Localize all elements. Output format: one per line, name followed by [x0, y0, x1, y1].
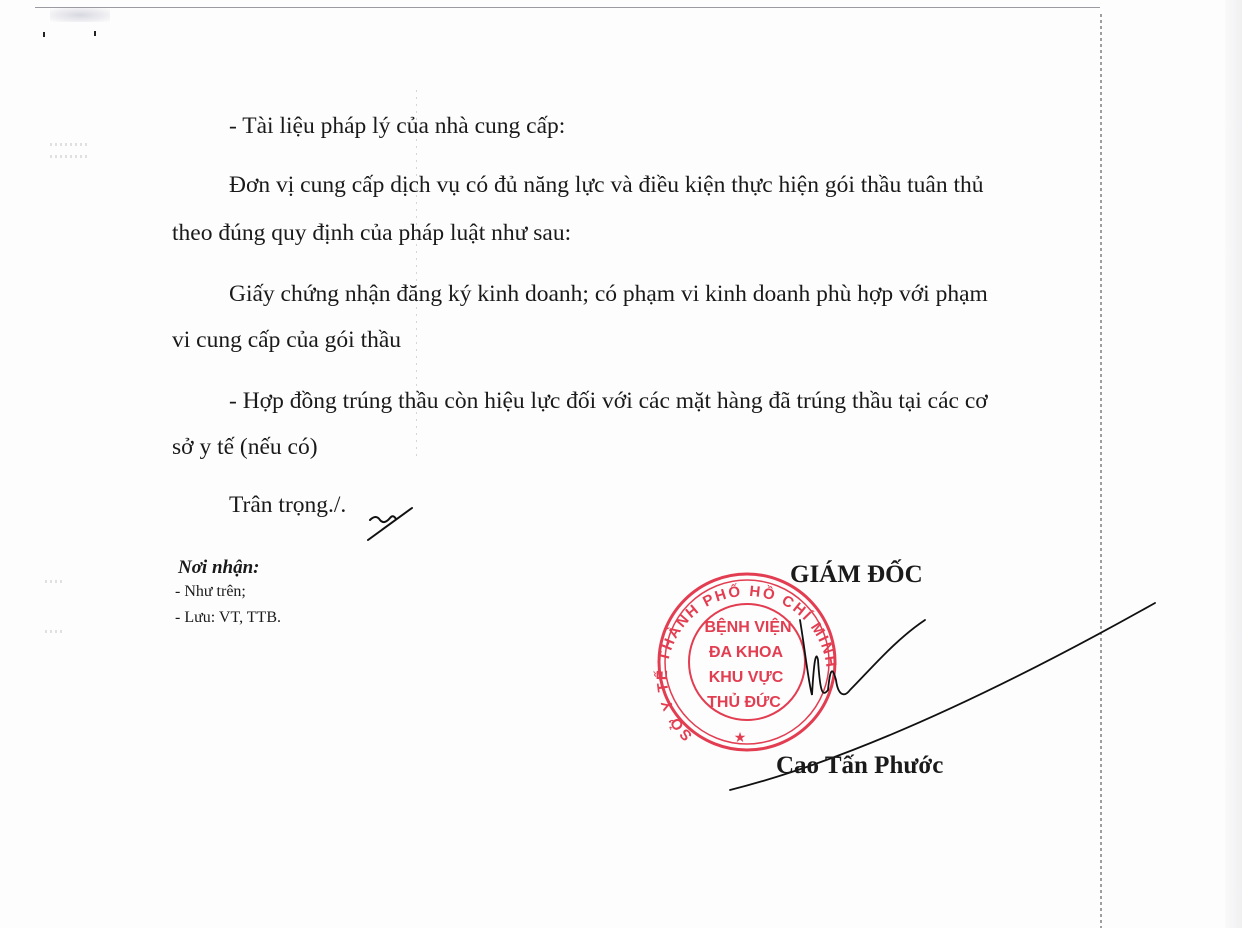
svg-text:ĐA KHOA: ĐA KHOA — [709, 644, 784, 661]
svg-text:BỆNH VIỆN: BỆNH VIỆN — [704, 617, 791, 636]
document-page: - Tài liệu pháp lý của nhà cung cấp: Đơn… — [0, 0, 1242, 928]
initials-mark — [368, 508, 412, 540]
svg-text:KHU VỰC: KHU VỰC — [709, 669, 784, 686]
stamp-and-signatures: SỞ Y TẾ THÀNH PHỐ HỒ CHÍ MINH BỆNH VIỆN … — [0, 0, 1242, 928]
signer-title: GIÁM ĐỐC — [790, 561, 923, 589]
signer-name: Cao Tấn Phước — [776, 752, 943, 780]
svg-text:★: ★ — [734, 731, 747, 746]
svg-text:THỦ ĐỨC: THỦ ĐỨC — [707, 692, 781, 711]
official-stamp: SỞ Y TẾ THÀNH PHỐ HỒ CHÍ MINH BỆNH VIỆN … — [654, 574, 840, 750]
